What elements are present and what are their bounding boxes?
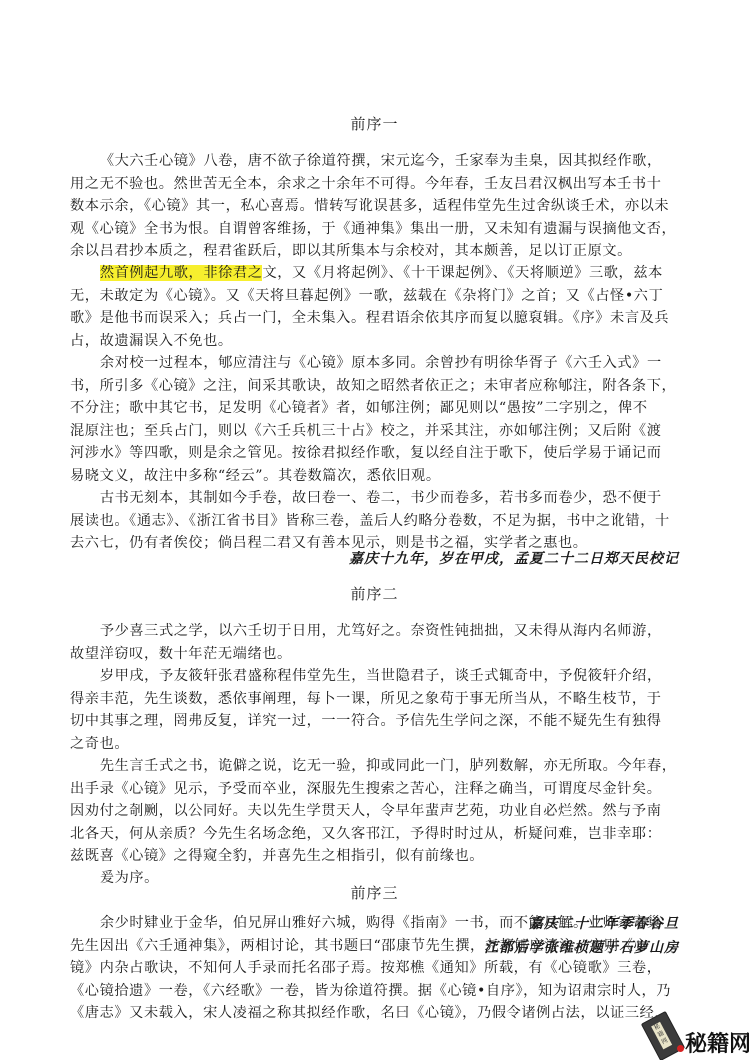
text-line: 之奇也。: [70, 733, 680, 756]
text-line: 出手录《心镜》见示，予受而卒业，深服先生搜索之苦心，注释之确当，可谓度尽金针矣。: [70, 778, 680, 801]
preface-2-title: 前序二: [0, 583, 749, 604]
text-line: 无，未敢定为《心镜》。又《天将旦暮起例》一歌，兹载在《杂将门》之首；又《占怪•六…: [70, 285, 680, 308]
text-line: 河涉水》等四歌，则是余之管见。按徐君拟经作歌，复以经自注于歌下，使后学易于诵记而: [70, 442, 680, 465]
text-line: 因劝付之剞劂，以公同好。夫以先生学贯天人，令早年蜚声艺苑，功业自必烂然。然与予南: [70, 800, 680, 823]
preface-3-title: 前序三: [0, 882, 749, 903]
text-line: 用之无不验也。然世苦无全本，余求之十余年不可得。今年春，壬友吕君汉枫出写本壬书十: [70, 173, 680, 196]
text-line: 混原注也；至兵占门，则以《六壬兵机三十占》校之，并采其注，亦如郇注例；又后附《渡: [70, 420, 680, 443]
text-line: 歌》是他书而误采入；兵占一门，全未集入。程君语余依其序而复以臆裒辑。《序》未言及…: [70, 307, 680, 330]
text-line: 予少喜三式之学，以六壬切于日用，尤笃好之。奈资性钝拙拙，又未得从海内名师游，: [70, 620, 680, 643]
preface-1-title: 前序一: [0, 113, 749, 134]
preface-1-paragraph-3: 余对校一过程本，郇应清注与《心镜》原本多同。余曾抄有明徐华胥子《六壬入式》一 书…: [70, 352, 680, 487]
book-icon: 秘籍网: [641, 1011, 685, 1060]
text-line: 占，故遗漏误入不免也。: [70, 330, 680, 353]
preface-1-paragraph-1: 《大六壬心镜》八卷，唐不欲子徐道符撰，宋元迄今，壬家奉为圭臬，因其拟经作歌， 用…: [70, 150, 680, 263]
text-line: 《唐志》又未载入，宋人凌福之称其拟经作歌，名曰《心镜》，乃假令诸例占法，以证三经…: [70, 1002, 680, 1025]
text-line: 镜》内杂占歌诀，不知何人手录而托名邵子焉。按郑樵《通知》所载，有《心镜歌》三卷，: [70, 957, 680, 980]
text-line: 切中其事之理，罔弗反复，详究一过，一一符合。予信先生学问之深，不能不疑先生有独得: [70, 710, 680, 733]
text-span: 文，又《月将起例》、《十干课起例》、《天将顺逆》三歌，兹本: [262, 265, 662, 281]
text-line: 兹既喜《心镜》之得窥全豹，并喜先生之相指引，似有前缘也。: [70, 845, 680, 868]
text-line: 不分注；歌中其它书，足发明《心镜者》者，如郇注例；鄙见则以“愚按”二字别之，俾不: [70, 397, 680, 420]
text-line: 余以吕君抄本质之，程君雀跃后，即以其所集本与余校对，其本颇善，足以订正原文。: [70, 240, 680, 263]
text-line: 余对校一过程本，郇应清注与《心镜》原本多同。余曾抄有明徐华胥子《六壬入式》一: [70, 352, 680, 375]
text-line: 观《心镜》全书为恨。自谓曾客维扬，于《通神集》集出一册，又未知有遗漏与误摘他文否…: [70, 218, 680, 241]
preface-2-paragraph-1: 予少喜三式之学，以六壬切于日用，尤笃好之。奈资性钝拙拙，又未得从海内名师游， 故…: [70, 620, 680, 665]
red-seal-icon: [677, 1045, 684, 1052]
text-line: 先生因出《六壬通神集》，两相讨论，其书题曰“邵康节先生撰，尧都郇应清注。”实则《…: [70, 935, 680, 958]
text-line: 《心镜拾遗》一卷，《六经歌》一卷，皆为徐道符撰。据《心镜•自序》，知为诏肃宗时人…: [70, 980, 680, 1003]
preface-1-paragraph-4: 古书无刻本，其制如今手卷，故曰卷一、卷二，书少而卷多，若书多而卷少，恐不便于 展…: [70, 487, 680, 555]
preface-2-paragraph-3: 先生言壬式之书，诡僻之说，讫无一验，抑或同此一门，胪列数解，亦无所取。今年春， …: [70, 755, 680, 868]
text-line: 得亲丰范，先生谈数，悉依事阐理，每卜一课，所见之象苟于事无所当从，不略生枝节，于: [70, 688, 680, 711]
text-line: 然首例起九歌，非徐君之文，又《月将起例》、《十干课起例》、《天将顺逆》三歌，兹本: [70, 262, 680, 285]
book-label: 秘籍网: [651, 1022, 672, 1050]
text-line: 先生言壬式之书，诡僻之说，讫无一验，抑或同此一门，胪列数解，亦无所取。今年春，: [70, 755, 680, 778]
watermark-text: 秘籍网: [685, 1027, 749, 1058]
text-line: 余少时肄业于金华，伯兄屏山雅好六城，购得《指南》一书，而不能尽解。业师家寄巢: [70, 912, 680, 935]
text-line: 岁甲戌，予友筱轩张君盛称程伟堂先生，当世隐君子，谈壬式辄奇中，予倪筱轩介绍，: [70, 665, 680, 688]
text-line: 数本示余，《心镜》其一，私心喜焉。惜转写讹误甚多，适程伟堂先生过舍纵谈壬术，亦以…: [70, 195, 680, 218]
text-line: 展读也。《通志》、《浙江省书目》皆称三卷，盖后人约略分卷数，不足为据，书中之讹错…: [70, 510, 680, 533]
text-line: 古书无刻本，其制如今手卷，故曰卷一、卷二，书少而卷多，若书多而卷少，恐不便于: [70, 487, 680, 510]
preface-1-paragraph-2: 然首例起九歌，非徐君之文，又《月将起例》、《十干课起例》、《天将顺逆》三歌，兹本…: [70, 262, 680, 352]
text-line: 北各天，何从亲质？今先生名场念绝，又久客邗江，予得时时过从，析疑问难，岂非幸耶：: [70, 823, 680, 846]
text-line: 《大六壬心镜》八卷，唐不欲子徐道符撰，宋元迄今，壬家奉为圭臬，因其拟经作歌，: [70, 150, 680, 173]
watermark-logo: 秘籍网 秘籍网: [645, 1015, 749, 1060]
preface-3-paragraph-1: 余少时肄业于金华，伯兄屏山雅好六城，购得《指南》一书，而不能尽解。业师家寄巢 先…: [70, 912, 680, 1025]
preface-1-signature: 嘉庆十九年，岁在甲戌，孟夏二十二日郑天民校记: [349, 548, 679, 568]
highlighted-text: 然首例起九歌，非徐君之: [100, 265, 263, 281]
preface-2-paragraph-2: 岁甲戌，予友筱轩张君盛称程伟堂先生，当世隐君子，谈壬式辄奇中，予倪筱轩介绍， 得…: [70, 665, 680, 755]
document-page: 前序一 《大六壬心镜》八卷，唐不欲子徐道符撰，宋元迄今，壬家奉为圭臬，因其拟经作…: [0, 0, 749, 1060]
text-line: 书，所引多《心镜》之注，间采其歌诀，故知之昭然者依正之；未审者应称郇注，附各条下…: [70, 375, 680, 398]
text-line: 故望洋窃叹，数十年茫无端绪也。: [70, 643, 680, 666]
text-line: 易晓文义，故注中多称“经云”。其卷数篇次，悉依旧观。: [70, 465, 680, 488]
